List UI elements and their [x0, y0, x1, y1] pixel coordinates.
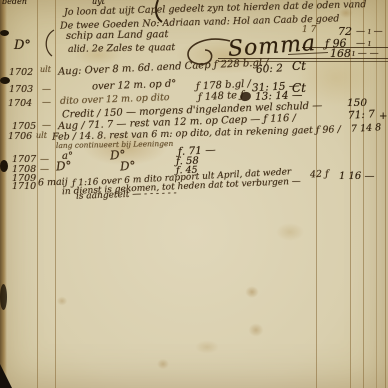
entry-mid: ƒ 148 te ƒ	[198, 91, 244, 103]
entry-pre: —	[40, 156, 49, 165]
bracket-flourish	[42, 30, 56, 56]
margin-rule-left-1	[37, 0, 38, 388]
binding-edge	[0, 0, 7, 388]
manuscript-page: beden uyt Jo loon dat uijt Capel gedeelt…	[0, 0, 388, 388]
entry-year: 1706	[8, 132, 32, 142]
somma-dashes: ı — —	[352, 50, 379, 59]
entry-extra: +	[379, 112, 387, 122]
binding-mark	[0, 30, 9, 36]
entry-text: is aangetelt — - - - - - -	[76, 189, 177, 202]
entry-text: D°	[56, 159, 72, 172]
binding-mark	[0, 160, 8, 172]
ditto-mark: D°	[14, 39, 31, 52]
entry-pre: ult	[36, 132, 47, 140]
entry-right-amount: 7 14 8	[351, 123, 382, 134]
entry-pre: —	[42, 86, 51, 95]
margin-rule-left-2	[55, 0, 56, 388]
entry-year: 1702	[9, 68, 33, 78]
entry-mid: 42 ƒ	[310, 170, 329, 180]
entry-pre: —	[40, 166, 49, 175]
entry-mid: D°	[120, 159, 136, 172]
entry-year: 1710	[12, 182, 36, 192]
header-line-3: schip aan Land gaat	[66, 30, 169, 42]
top-fragment: beden	[2, 0, 27, 6]
entry-year: 1703	[9, 85, 33, 95]
entry-amount: 60: 2	[256, 63, 283, 75]
amount-96-dash: — ı	[356, 40, 371, 49]
entry-right-amount: 71: 7	[348, 109, 375, 121]
entry-right-amount: 1 16 —	[339, 172, 374, 182]
entry-text: Aug: Over 8 m. 6d. aend Caep ƒ 228 b.gl …	[58, 58, 269, 77]
amount-72-dashes: — ı —	[356, 28, 383, 37]
entry-year: 1704	[8, 99, 32, 109]
somma-label: Somma	[227, 33, 316, 61]
binding-mark	[0, 77, 10, 84]
entry-text: dito over 12 m. op dito	[60, 93, 170, 106]
entry-note: Ct	[292, 60, 306, 72]
entry-text: over 12 m. op d°	[92, 80, 177, 93]
header-line-4: alid. 2e Zales te quaat	[68, 43, 175, 54]
somma-value: 168	[330, 48, 351, 59]
entry-pre: —	[42, 99, 51, 108]
entry-right-amount: 150	[347, 98, 367, 109]
amount-72: 72	[338, 26, 352, 37]
binding-mark	[0, 284, 7, 310]
entry-pre: —	[42, 122, 51, 131]
entry-pre: ult	[40, 66, 51, 74]
